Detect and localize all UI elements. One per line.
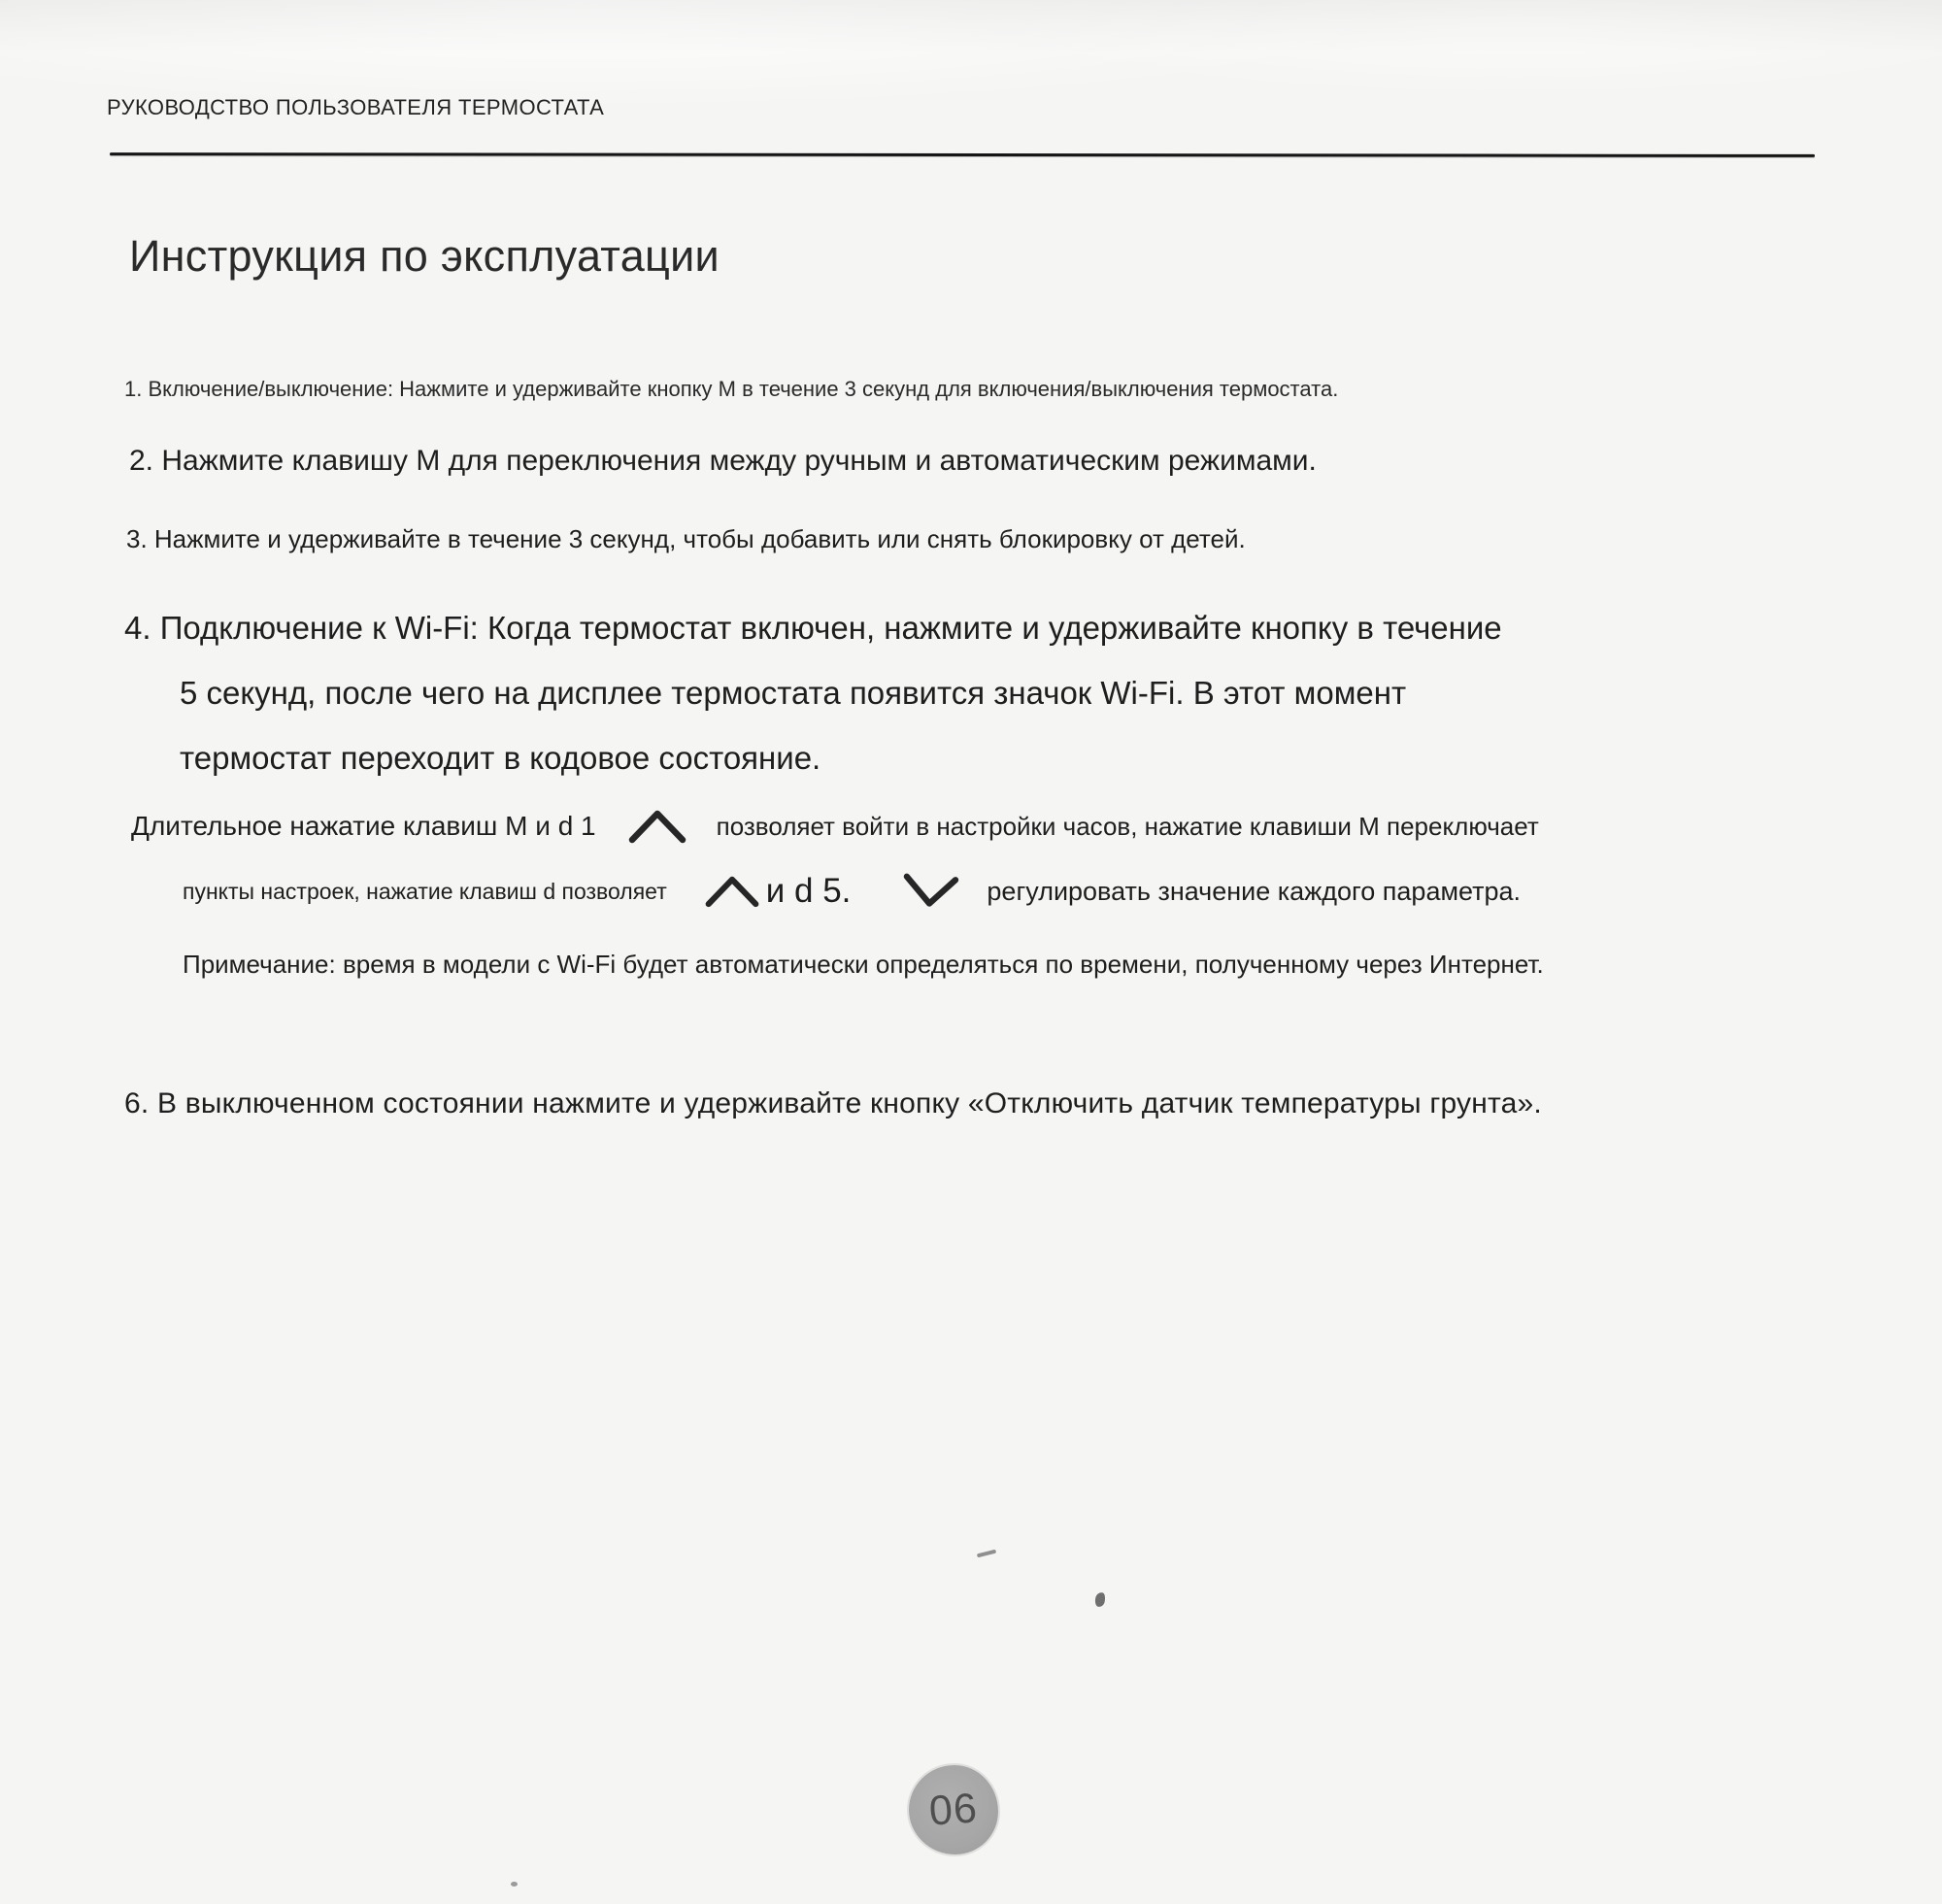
page-number: 06 [927,1785,979,1835]
header-divider [110,152,1815,157]
key-combination-label: и d 5. [766,872,852,911]
instruction-item-5-text: пункты настроек, нажатие клавиш d позвол… [183,879,667,905]
instruction-item-1: 1. Включение/выключение: Нажмите и удерж… [124,377,1338,402]
instruction-item-4-line-3: термостат переходит в кодовое состояние. [180,740,820,777]
page-number-badge: 06 [909,1765,998,1854]
document-header: РУКОВОДСТВО ПОЛЬЗОВАТЕЛЯ ТЕРМОСТАТА [107,95,604,120]
note-text: Примечание: время в модели с Wi-Fi будет… [183,950,1544,980]
paper-speck [977,1550,996,1558]
instruction-item-4-line-2: 5 секунд, после чего на дисплее термоста… [180,675,1406,712]
instruction-item-6: 6. В выключенном состоянии нажмите и уде… [124,1087,1542,1120]
manual-page: РУКОВОДСТВО ПОЛЬЗОВАТЕЛЯ ТЕРМОСТАТА Инст… [0,0,1942,1904]
instruction-item-5-line-1: Длительное нажатие клавиш М и d 1 позвол… [131,808,1539,845]
paper-speck [1094,1591,1107,1608]
instruction-item-5-text: позволяет войти в настройки часов, нажат… [717,812,1539,842]
chevron-up-icon [704,874,760,909]
instruction-item-2: 2. Нажмите клавишу М для переключения ме… [129,445,1317,478]
chevron-up-icon [627,808,687,845]
instruction-item-5-line-2: пункты настроек, нажатие клавиш d позвол… [183,872,1521,911]
instruction-item-5-text: регулировать значение каждого параметра. [987,877,1521,907]
page-title: Инструкция по эксплуатации [129,231,720,282]
chevron-down-icon [900,871,961,912]
instruction-item-3: 3. Нажмите и удерживайте в течение 3 сек… [126,524,1246,554]
instruction-item-5-text: Длительное нажатие клавиш М и d 1 [131,811,596,842]
instruction-item-4-line-1: 4. Подключение к Wi-Fi: Когда термостат … [124,610,1502,647]
paper-speck [511,1882,518,1887]
